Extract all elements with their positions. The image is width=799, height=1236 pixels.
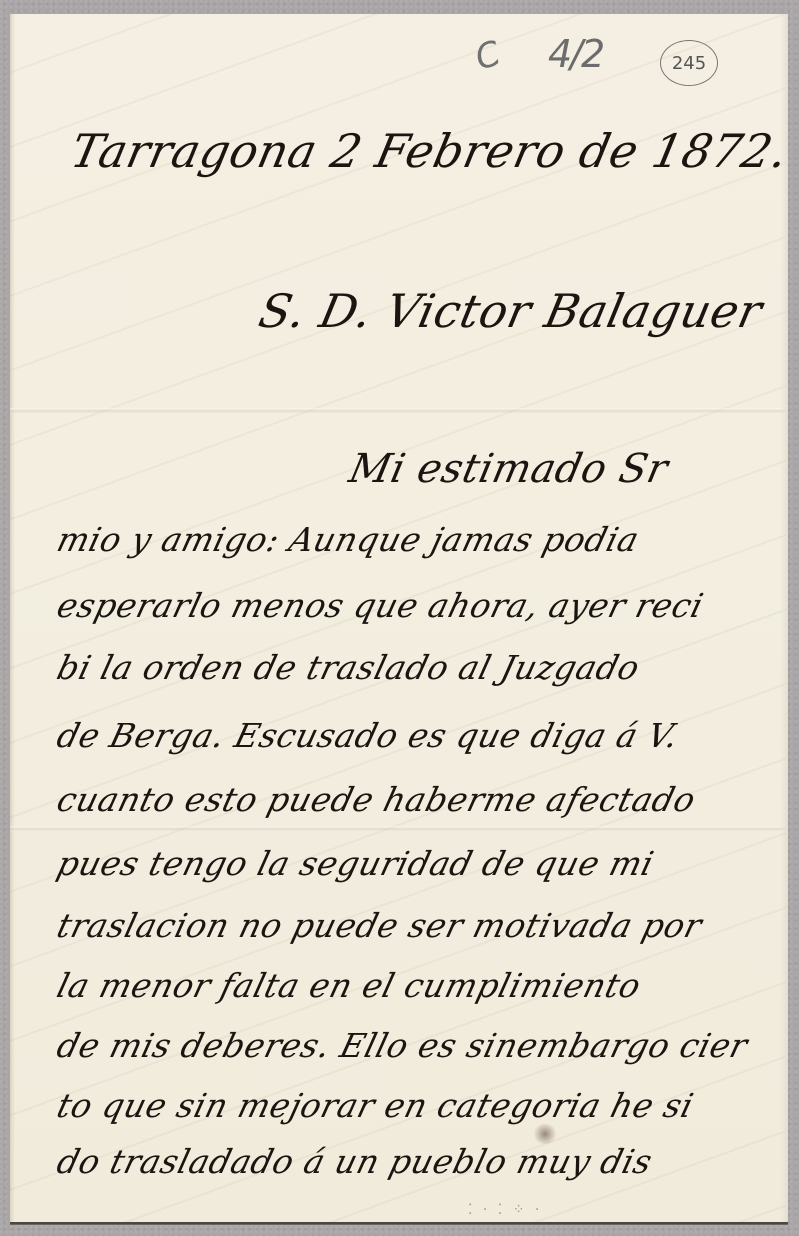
body-line: traslacion no puede ser motivada por bbox=[53, 906, 706, 945]
body-line: bi la orden de traslado al Juzgado bbox=[53, 648, 644, 687]
archive-mark-fraction: 4/2 bbox=[548, 32, 603, 76]
faint-smudge-marks: ⁚ · ⁚ ⁘ · bbox=[468, 1202, 542, 1218]
body-line: do trasladado á un pueblo muy dis bbox=[53, 1142, 656, 1181]
letter-page: C 4/2 245 Tarragona 2 Febrero de 1872. S… bbox=[10, 14, 788, 1224]
body-line: to que sin mejorar en categoria he si bbox=[53, 1086, 698, 1125]
fold-line bbox=[10, 826, 788, 832]
archive-mark-letter: C bbox=[470, 33, 505, 78]
greeting: Mi estimado Sr bbox=[345, 446, 672, 492]
body-line: la menor falta en el cumplimiento bbox=[53, 966, 645, 1005]
body-line: cuanto esto puede haberme afectado bbox=[53, 780, 700, 819]
fold-line bbox=[10, 408, 788, 414]
place-and-date: Tarragona 2 Febrero de 1872. bbox=[66, 124, 788, 178]
folio-number-circled: 245 bbox=[660, 40, 718, 86]
body-line: pues tengo la seguridad de que mi bbox=[53, 844, 658, 883]
body-line: mio y amigo: Aunque jamas podia bbox=[53, 520, 643, 559]
recipient-line: S. D. Victor Balaguer bbox=[254, 284, 767, 338]
body-line: de Berga. Escusado es que diga á V. bbox=[53, 716, 683, 755]
body-line: de mis deberes. Ello es sinembargo cier bbox=[53, 1026, 752, 1065]
body-line: esperarlo menos que ahora, ayer reci bbox=[53, 586, 707, 625]
ink-stain bbox=[532, 1124, 558, 1144]
